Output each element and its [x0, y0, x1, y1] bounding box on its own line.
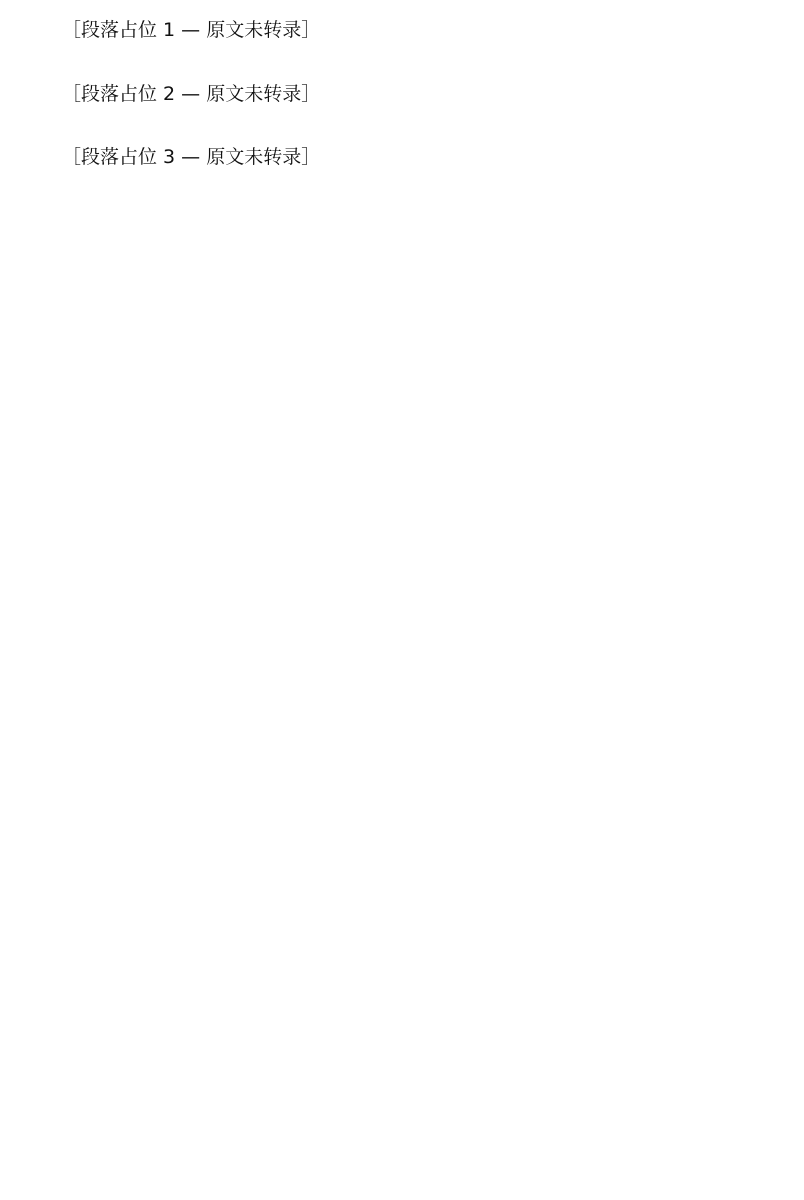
- document-page: ［段落占位 1 — 原文未转录］［段落占位 2 — 原文未转录］［段落占位 3 …: [0, 0, 804, 219]
- paragraph: ［段落占位 1 — 原文未转录］: [24, 14, 780, 47]
- paragraph: ［段落占位 2 — 原文未转录］: [24, 78, 780, 111]
- paragraph: ［段落占位 3 — 原文未转录］: [24, 141, 780, 174]
